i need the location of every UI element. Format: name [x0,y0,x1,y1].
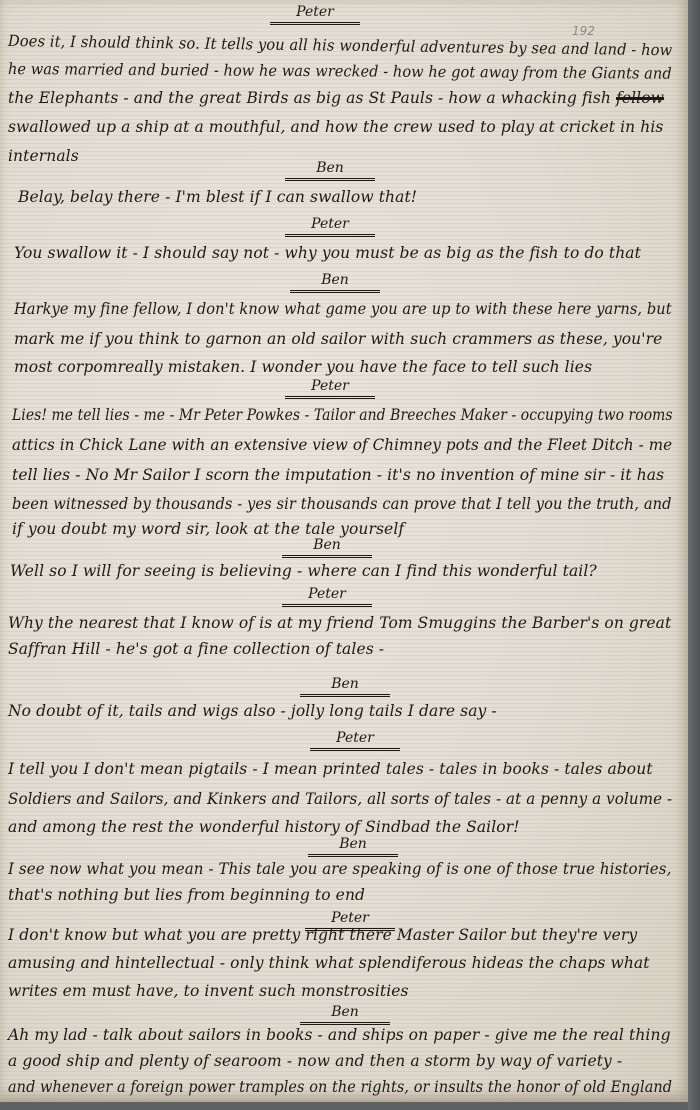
dialogue-line: amusing and hintellectual - only think w… [8,954,650,972]
speaker-heading: Peter [285,216,375,237]
speaker-heading: Peter [282,586,372,607]
dialogue-line: I don't know but what you are pretty rig… [8,926,637,944]
dialogue-line: I tell you I don't mean pigtails - I mea… [8,760,653,778]
dialogue-line: Belay, belay there - I'm blest if I can … [18,188,417,206]
dialogue-line: Why the nearest that I know of is at my … [8,614,671,632]
struck-out-word: fellow [616,89,664,107]
speaker-heading: Ben [282,537,372,558]
dialogue-line: Well so I will for seeing is believing -… [10,562,597,580]
dialogue-line: writes em must have, to invent such mons… [8,982,409,1000]
folio-number: 192 [572,24,595,38]
dialogue-line: Soldiers and Sailors, and Kinkers and Ta… [8,790,672,808]
dialogue-line: that's nothing but lies from beginning t… [8,886,365,904]
dialogue-line: been witnessed by thousands - yes sir th… [12,495,672,513]
dialogue-line: I see now what you mean - This tale you … [8,860,671,878]
scan-background-edge [688,0,700,1110]
speaker-heading: Peter [270,4,360,25]
dialogue-line: and whenever a foreign power tramples on… [8,1078,672,1096]
speaker-heading: Ben [300,1004,390,1025]
dialogue-line: No doubt of it, tails and wigs also - jo… [8,702,497,720]
dialogue-line: he was married and buried - how he was w… [8,60,672,83]
dialogue-line: a good ship and plenty of searoom - now … [8,1052,622,1070]
speaker-heading: Ben [308,836,398,857]
manuscript-page: 192 Peter Does it, I should think so. It… [0,0,690,1102]
speaker-heading: Peter [285,378,375,399]
dialogue-line: You swallow it - I should say not - why … [14,244,641,262]
dialogue-line: most corpomreally mistaken. I wonder you… [14,358,592,376]
dialogue-line: the Elephants - and the great Birds as b… [8,89,664,107]
dialogue-line: Saffran Hill - he's got a fine collectio… [8,640,384,658]
dialogue-line: tell lies - No Mr Sailor I scorn the imp… [12,466,664,484]
speaker-heading: Ben [290,272,380,293]
dialogue-line: swallowed up a ship at a mouthful, and h… [8,118,663,136]
dialogue-text: the Elephants - and the great Birds as b… [8,89,611,107]
dialogue-line: attics in Chick Lane with an extensive v… [12,436,672,454]
dialogue-line: if you doubt my word sir, look at the ta… [12,520,404,538]
speaker-heading: Ben [300,676,390,697]
speaker-heading: Peter [310,730,400,751]
dialogue-line: Lies! me tell lies - me - Mr Peter Powke… [12,406,673,424]
speaker-heading: Ben [285,160,375,181]
dialogue-line: Harkye my fine fellow, I don't know what… [14,300,672,318]
dialogue-line: and among the rest the wonderful history… [8,818,520,836]
dialogue-line: mark me if you think to garnon an old sa… [14,330,662,348]
dialogue-line: internals [8,147,79,165]
dialogue-line: Ah my lad - talk about sailors in books … [8,1026,671,1044]
